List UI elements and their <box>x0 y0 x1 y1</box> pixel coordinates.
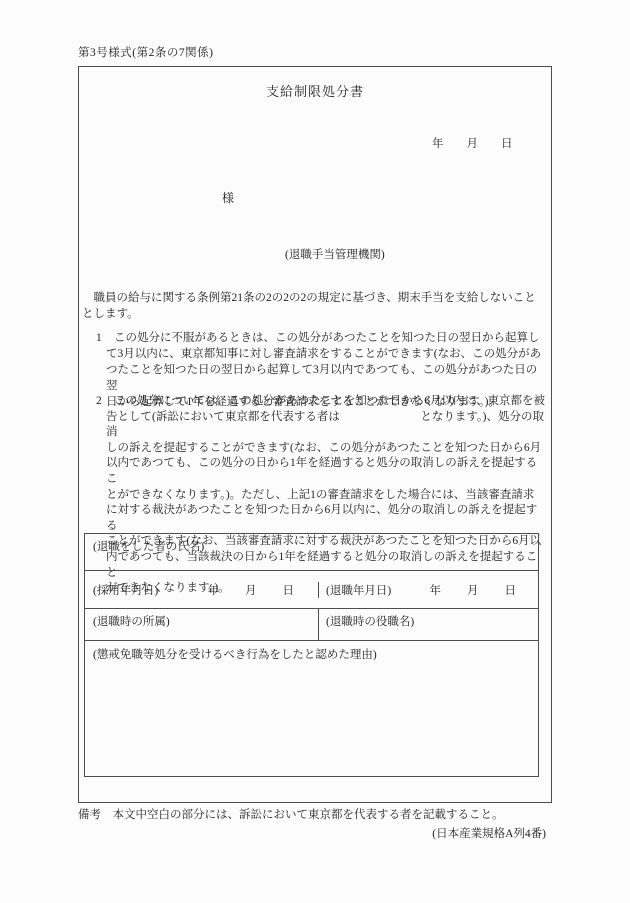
notice-line: 告として(訴訟において東京都を代表する者は となります。)、処分の取消 <box>96 410 548 441</box>
notice-line: つたことを知つた日の翌日から起算して3月以内であつても、この処分があつた日の翌 <box>96 362 548 394</box>
table-row-affiliation: (退職時の所属) (退職時の役職名) <box>85 609 538 641</box>
form-number-label: 第3号様式(第2条の7関係) <box>78 44 213 60</box>
hire-date-label: (採用年月日) <box>93 582 158 598</box>
year-label: 年 <box>208 582 220 598</box>
notice-line: この処分については、この処分があつたことを知つた日から6月以内に、東京都を被 <box>96 394 548 410</box>
main-statement-line: 職員の給与に関する条例第21条の2の2の2の規定に基づき、期末手当を支給しないこ… <box>82 290 544 306</box>
issuer-label: (退職手当管理機関) <box>285 246 385 262</box>
notice-line: とができなくなります。)。ただし、上記1の審査請求をした場合には、当該審査請求 <box>96 488 548 504</box>
notice-number: 2 <box>96 394 102 410</box>
table-row-reason: (懲戒免職等処分を受けるべき行為をしたと認めた理由) <box>85 641 538 774</box>
month-label: 月 <box>245 582 257 598</box>
main-statement: 職員の給与に関する条例第21条の2の2の2の規定に基づき、期末手当を支給しないこ… <box>82 290 544 322</box>
day-label: 日 <box>283 582 295 598</box>
notice-line: しの訴えを提起することができます(なお、この処分があつたことを知つた日から6月 <box>96 441 548 457</box>
day-label: 日 <box>505 582 517 598</box>
dismissal-reason-field: (懲戒免職等処分を受けるべき行為をしたと認めた理由) <box>85 641 538 774</box>
notice-line: この処分に不服があるときは、この処分があつたことを知つた日の翌日から起算し <box>96 330 548 346</box>
document-title: 支給制限処分書 <box>79 81 551 100</box>
retiree-name-field: (退職をした者の氏名) <box>85 534 538 570</box>
notice-number: 1 <box>96 330 102 346</box>
main-statement-line: とします。 <box>82 306 544 322</box>
form-outer-box: 支給制限処分書 年 月 日 様 (退職手当管理機関) 職員の給与に関する条例第2… <box>78 66 552 803</box>
issue-date-line: 年 月 日 <box>432 135 513 151</box>
retiree-details-table: (退職をした者の氏名) (採用年月日) 年 月 日 (退職年月日) 年 月 <box>84 533 539 777</box>
position-field: (退職時の役職名) <box>319 609 538 640</box>
notice-line: て3月以内に、東京都知事に対し審査請求をすることができます(なお、この処分があ <box>96 346 548 362</box>
table-row-dates: (採用年月日) 年 月 日 (退職年月日) 年 月 日 <box>85 571 538 609</box>
table-row-name: (退職をした者の氏名) <box>85 534 538 571</box>
addressee-honorific: 様 <box>222 189 234 206</box>
remarks-note: 備考 本文中空白の部分には、訴訟において東京都を代表する者を記載すること。 <box>78 806 504 822</box>
notice-line: に対する裁決があつたことを知つた日から6月以内に、処分の取消しの訴えを提起する <box>96 503 548 534</box>
notice-line: 以内であつても、この処分の日から1年を経過すると処分の取消しの訴えを提起するこ <box>96 456 548 487</box>
year-label: 年 <box>430 582 442 598</box>
hire-date-field: (採用年月日) 年 月 日 <box>85 582 319 598</box>
month-label: 月 <box>467 582 479 598</box>
affiliation-field: (退職時の所属) <box>85 609 319 640</box>
retirement-date-label: (退職年月日) <box>326 582 391 598</box>
paper-size-note: (日本産業規格A列4番) <box>432 825 546 841</box>
document-page: 第3号様式(第2条の7関係) 支給制限処分書 年 月 日 様 (退職手当管理機関… <box>0 0 630 903</box>
retirement-date-field: (退職年月日) 年 月 日 <box>319 582 538 598</box>
